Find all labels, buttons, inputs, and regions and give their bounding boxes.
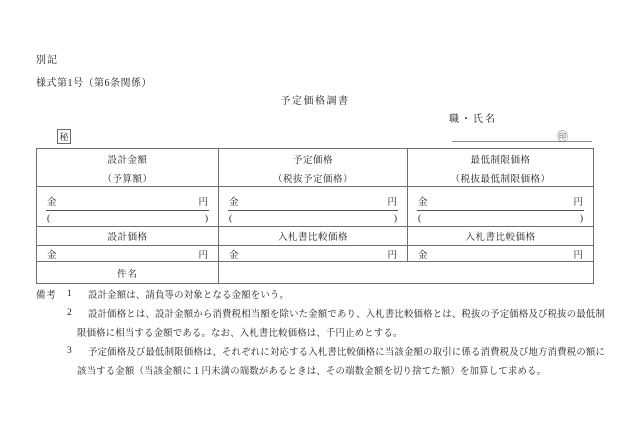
header-subtitle: （税抜最低制限価格） (408, 171, 593, 185)
remarks-section: 備考 1 設計金額は、請負等の対象となる金額をいう。 2 設計価格とは、設計金額… (36, 284, 605, 380)
header-subtitle: （税抜予定価格） (219, 171, 407, 185)
header-subtitle: （予算額） (37, 171, 218, 185)
header-minimum-limit-price: 最低制限価格 （税抜最低制限価格） (408, 149, 594, 187)
signature-line: ㊞ (452, 127, 592, 142)
price-header-row: 設計価格 入札書比較価格 入札書比較価格 (37, 227, 594, 246)
yen-suffix: 円 (573, 194, 583, 208)
remark-text: 予定価格及び最低制限価格は、それぞれに対応する入札書比較価格に当該金額の取引に係… (88, 344, 605, 358)
remark-line: 2 設計価格とは、設計金額から消費税相当額を除いた金額であり、入札書比較価格とは… (36, 303, 605, 322)
remark-line: 該当する金額（当該金額に１円未満の端数があるときは、その端数金額を切り捨てた額）… (36, 361, 605, 380)
price-table: 設計金額 （予算額） 予定価格 （税抜予定価格） 最低制限価格 （税抜最低制限価… (36, 148, 594, 284)
remark-line: 3 予定価格及び最低制限価格は、それぞれに対応する入札書比較価格に当該金額の取引… (36, 342, 605, 361)
paren-open: ( (47, 214, 50, 224)
design-amount-cell: 金 円 ( ) (37, 187, 219, 227)
header-title: 最低制限価格 (408, 152, 593, 166)
header-title: 予定価格 (219, 152, 407, 166)
bid-comparison-amount-cell: 金 円 (219, 246, 408, 262)
appendix-label: 別記 (36, 51, 58, 66)
position-name-label: 職・氏名 (449, 110, 497, 125)
remark-number: 2 (67, 308, 88, 318)
paren-close: ) (580, 214, 583, 224)
remark-number: 3 (67, 346, 88, 356)
form-number-label: 様式第1号（第6条関係） (36, 74, 152, 89)
yen-prefix: 金 (47, 247, 57, 261)
form-page: 別記 様式第1号（第6条関係） 予定価格調書 職・氏名 ㊞ 秘 設計金額 （予算… (0, 0, 630, 439)
document-title: 予定価格調書 (0, 92, 630, 107)
remark-line: 備考 1 設計金額は、請負等の対象となる金額をいう。 (36, 284, 605, 303)
amount-fill-line: 金 円 (417, 247, 584, 261)
seal-mark-icon: ㊞ (557, 130, 568, 145)
yen-suffix: 円 (573, 247, 583, 261)
yen-suffix: 円 (387, 247, 397, 261)
amount-fill-line: 金 円 (417, 194, 584, 211)
paren-open: ( (418, 214, 421, 224)
amount-entry-row: 金 円 ( ) 金 円 ( ) 金 (37, 187, 594, 227)
paren-open: ( (229, 214, 232, 224)
amount-fill-line: 金 円 (228, 194, 398, 211)
paren-fill-line: ( ) (46, 214, 209, 224)
yen-prefix: 金 (418, 247, 428, 261)
header-design-price: 設計価格 (37, 227, 219, 246)
header-title: 設計金額 (37, 152, 218, 166)
minimum-limit-price-cell: 金 円 ( ) (408, 187, 594, 227)
yen-prefix: 金 (418, 194, 428, 208)
amount-fill-line: 金 円 (46, 194, 209, 211)
paren-fill-line: ( ) (417, 214, 584, 224)
paren-close: ) (394, 214, 397, 224)
planned-price-cell: 金 円 ( ) (219, 187, 408, 227)
yen-prefix: 金 (47, 194, 57, 208)
remark-text: 限価格に相当する金額である。なお、入札書比較価格は、千円止めとする。 (77, 325, 403, 339)
yen-prefix: 金 (229, 194, 239, 208)
amount-fill-line: 金 円 (46, 247, 209, 261)
price-amount-row: 金 円 金 円 金 円 (37, 246, 594, 262)
amount-fill-line: 金 円 (228, 247, 398, 261)
remark-number: 1 (67, 289, 88, 299)
paren-fill-line: ( ) (228, 214, 398, 224)
yen-prefix: 金 (229, 247, 239, 261)
header-design-amount: 設計金額 （予算額） (37, 149, 219, 187)
header-bid-comparison-price: 入札書比較価格 (219, 227, 408, 246)
subject-value-cell (219, 262, 594, 284)
confidential-stamp: 秘 (57, 129, 71, 144)
remark-text: 該当する金額（当該金額に１円未満の端数があるときは、その端数金額を切り捨てた額）… (77, 363, 546, 377)
yen-suffix: 円 (387, 194, 397, 208)
yen-suffix: 円 (198, 194, 208, 208)
header-bid-comparison-price: 入札書比較価格 (408, 227, 594, 246)
remark-line: 限価格に相当する金額である。なお、入札書比較価格は、千円止めとする。 (36, 322, 605, 341)
remark-text: 設計価格とは、設計金額から消費税相当額を除いた金額であり、入札書比較価格とは、税… (88, 306, 605, 320)
subject-row: 件名 (37, 262, 594, 284)
header-planned-price: 予定価格 （税抜予定価格） (219, 149, 408, 187)
subject-label: 件名 (37, 262, 219, 284)
remark-text: 設計金額は、請負等の対象となる金額をいう。 (88, 287, 289, 301)
design-price-amount-cell: 金 円 (37, 246, 219, 262)
yen-suffix: 円 (198, 247, 208, 261)
paren-close: ) (205, 214, 208, 224)
bid-comparison-amount-cell: 金 円 (408, 246, 594, 262)
confidential-stamp-label: 秘 (59, 130, 68, 143)
remarks-label: 備考 (36, 287, 67, 301)
table-header-row: 設計金額 （予算額） 予定価格 （税抜予定価格） 最低制限価格 （税抜最低制限価… (37, 149, 594, 187)
